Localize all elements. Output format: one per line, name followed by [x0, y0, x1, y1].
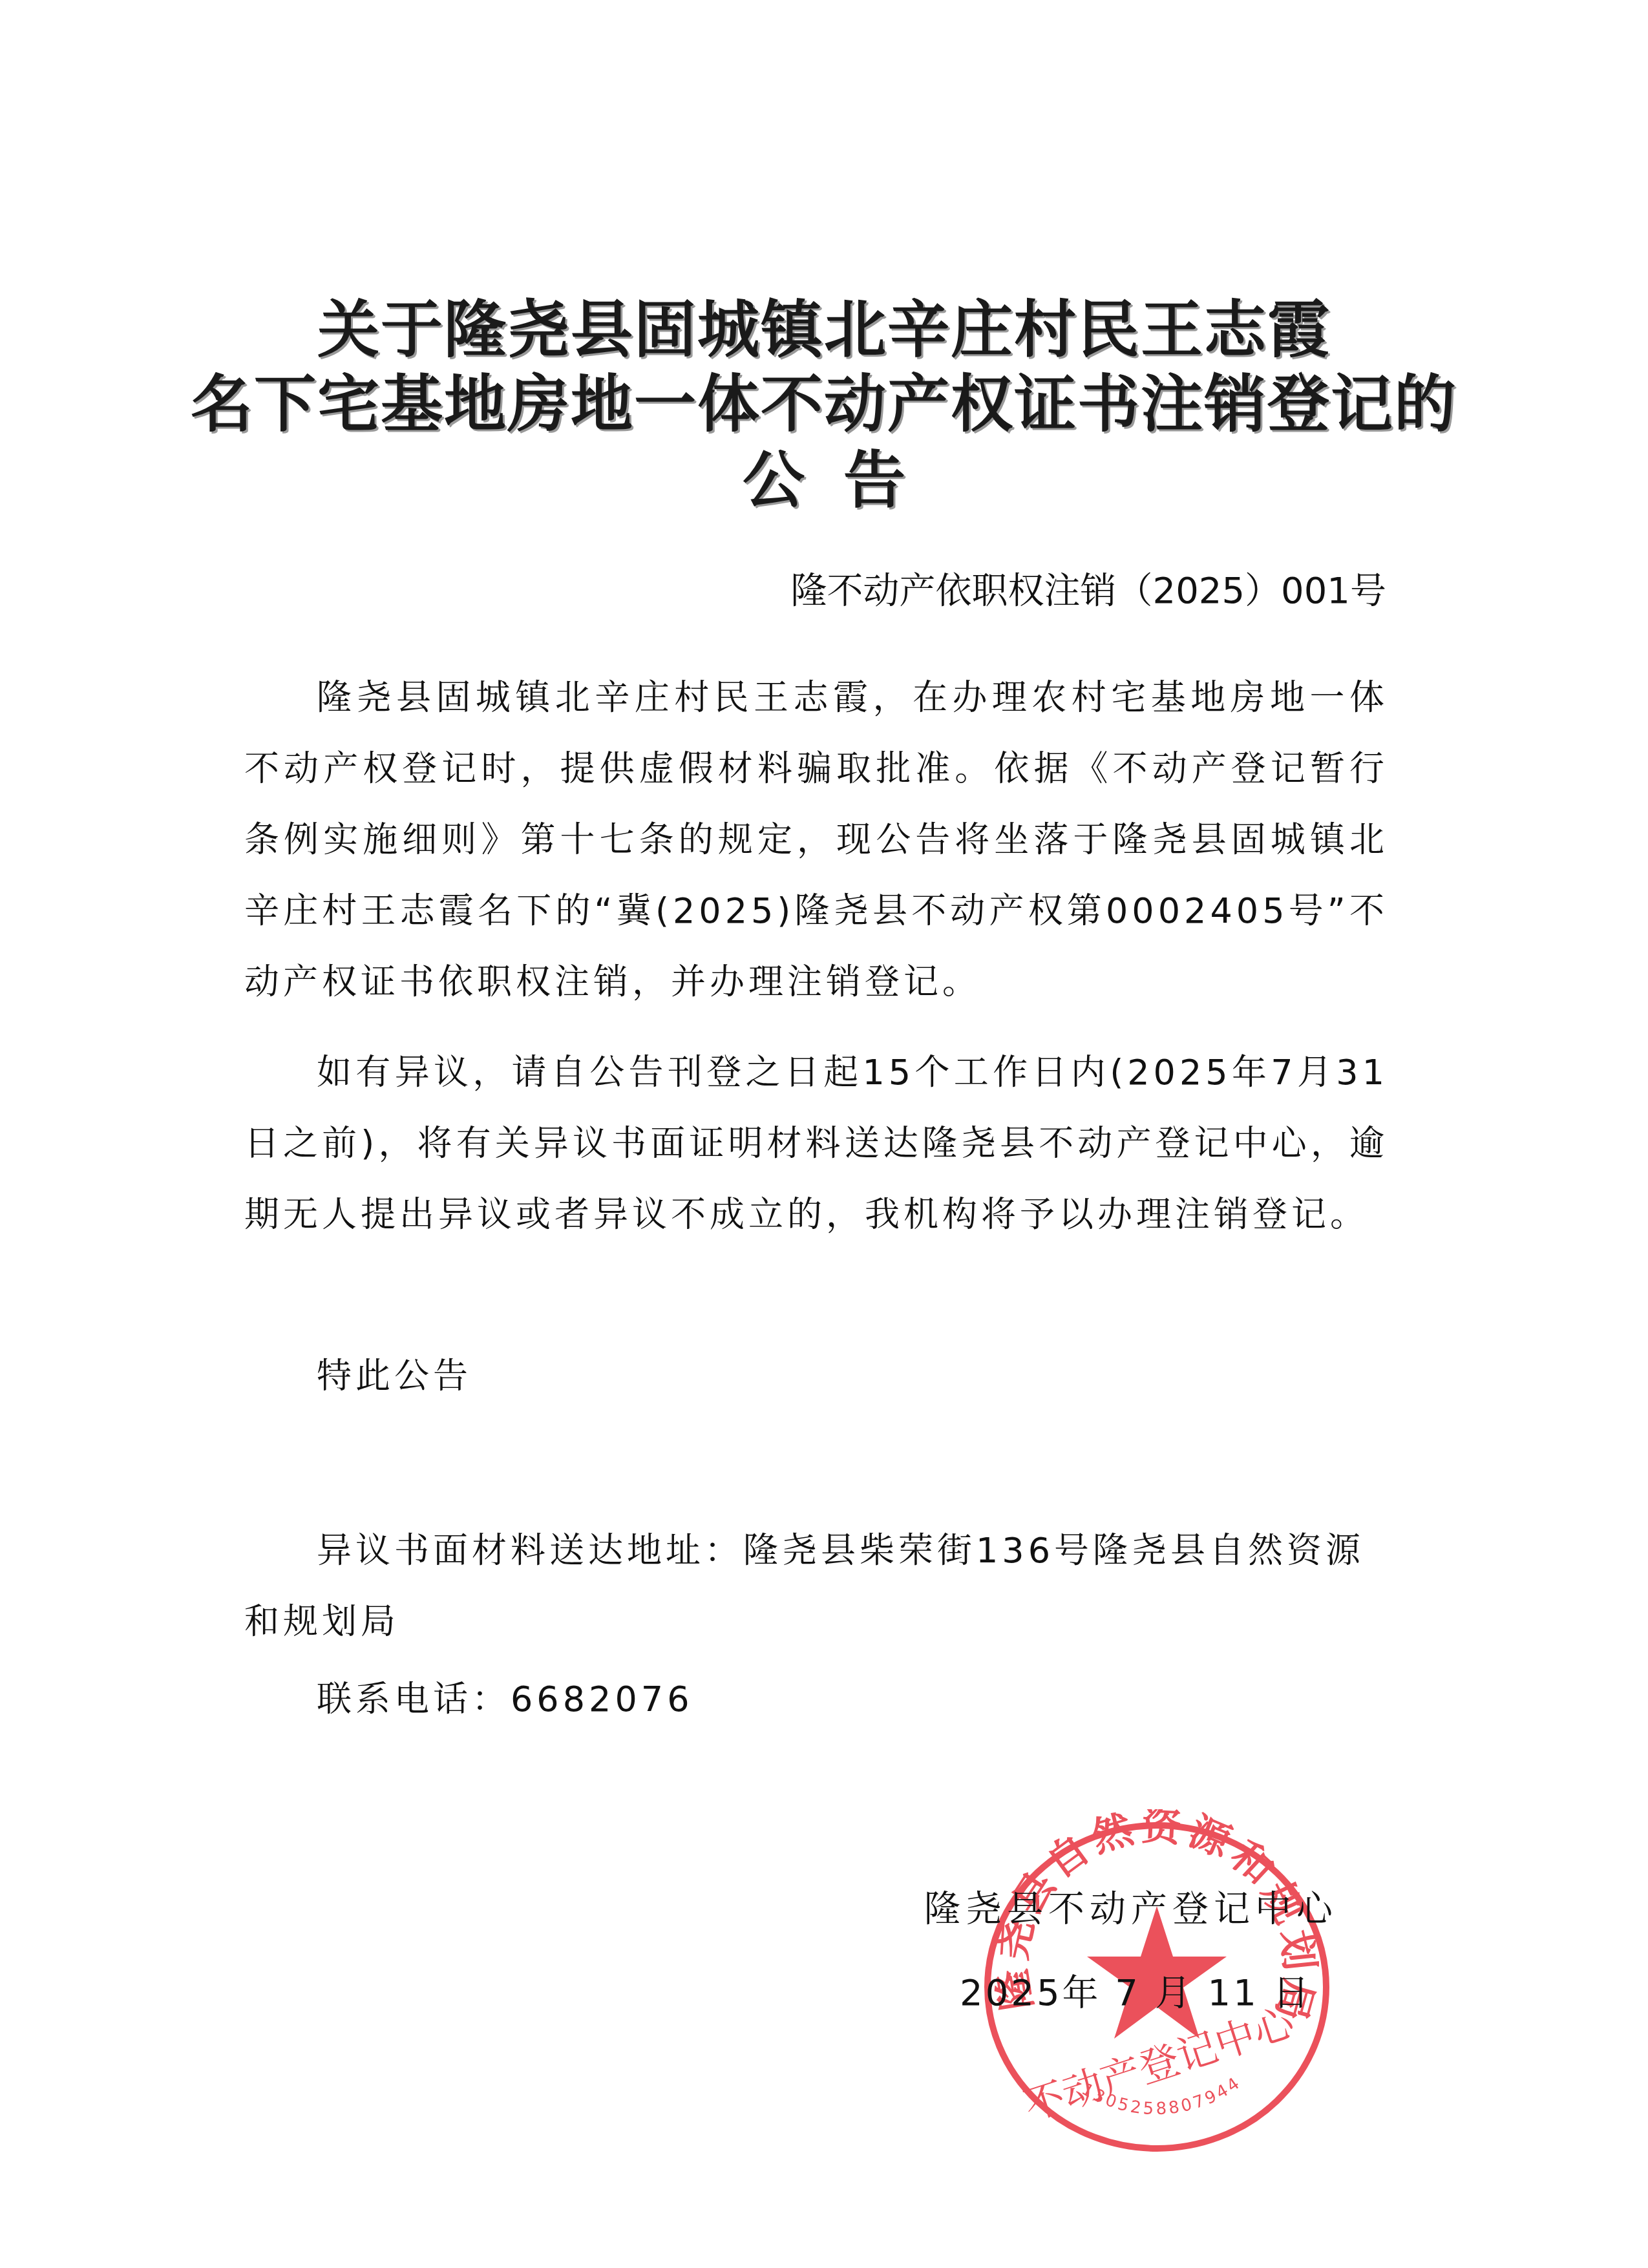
- issuing-authority: 隆尧县不动产登记中心: [924, 1884, 1338, 1935]
- issue-date: 2025年 7 月 11 日: [960, 1968, 1312, 2019]
- body-paragraph-2: 如有异议，请自公告刊登之日起15个工作日内(2025年7月31日之前)，将有关异…: [244, 1037, 1388, 1250]
- paragraph-text: 如有异议，请自公告刊登之日起15个工作日内(2025年7月31日之前)，将有关异…: [244, 1037, 1388, 1250]
- closing-statement: 特此公告: [317, 1341, 472, 1412]
- document-number: 隆不动产依职权注销（2025）001号: [791, 569, 1386, 614]
- contact-phone: 联系电话：6682076: [317, 1664, 693, 1735]
- title-line-3: 公告: [0, 445, 1648, 516]
- paragraph-text: 隆尧县固城镇北辛庄村民王志霞，在办理农村宅基地房地一体不动产权登记时，提供虚假材…: [244, 662, 1388, 1018]
- body-paragraph-1: 隆尧县固城镇北辛庄村民王志霞，在办理农村宅基地房地一体不动产权登记时，提供虚假材…: [244, 662, 1388, 1018]
- objection-address: 异议书面材料送达地址：隆尧县柴荣街136号隆尧县自然资源和规划局: [244, 1515, 1388, 1657]
- title-line-1: 关于隆尧县固城镇北辛庄村民王志霞: [0, 294, 1648, 365]
- title-line-2: 名下宅基地房地一体不动产权证书注销登记的: [0, 368, 1648, 439]
- address-text: 异议书面材料送达地址：隆尧县柴荣街136号隆尧县自然资源和规划局: [244, 1515, 1388, 1657]
